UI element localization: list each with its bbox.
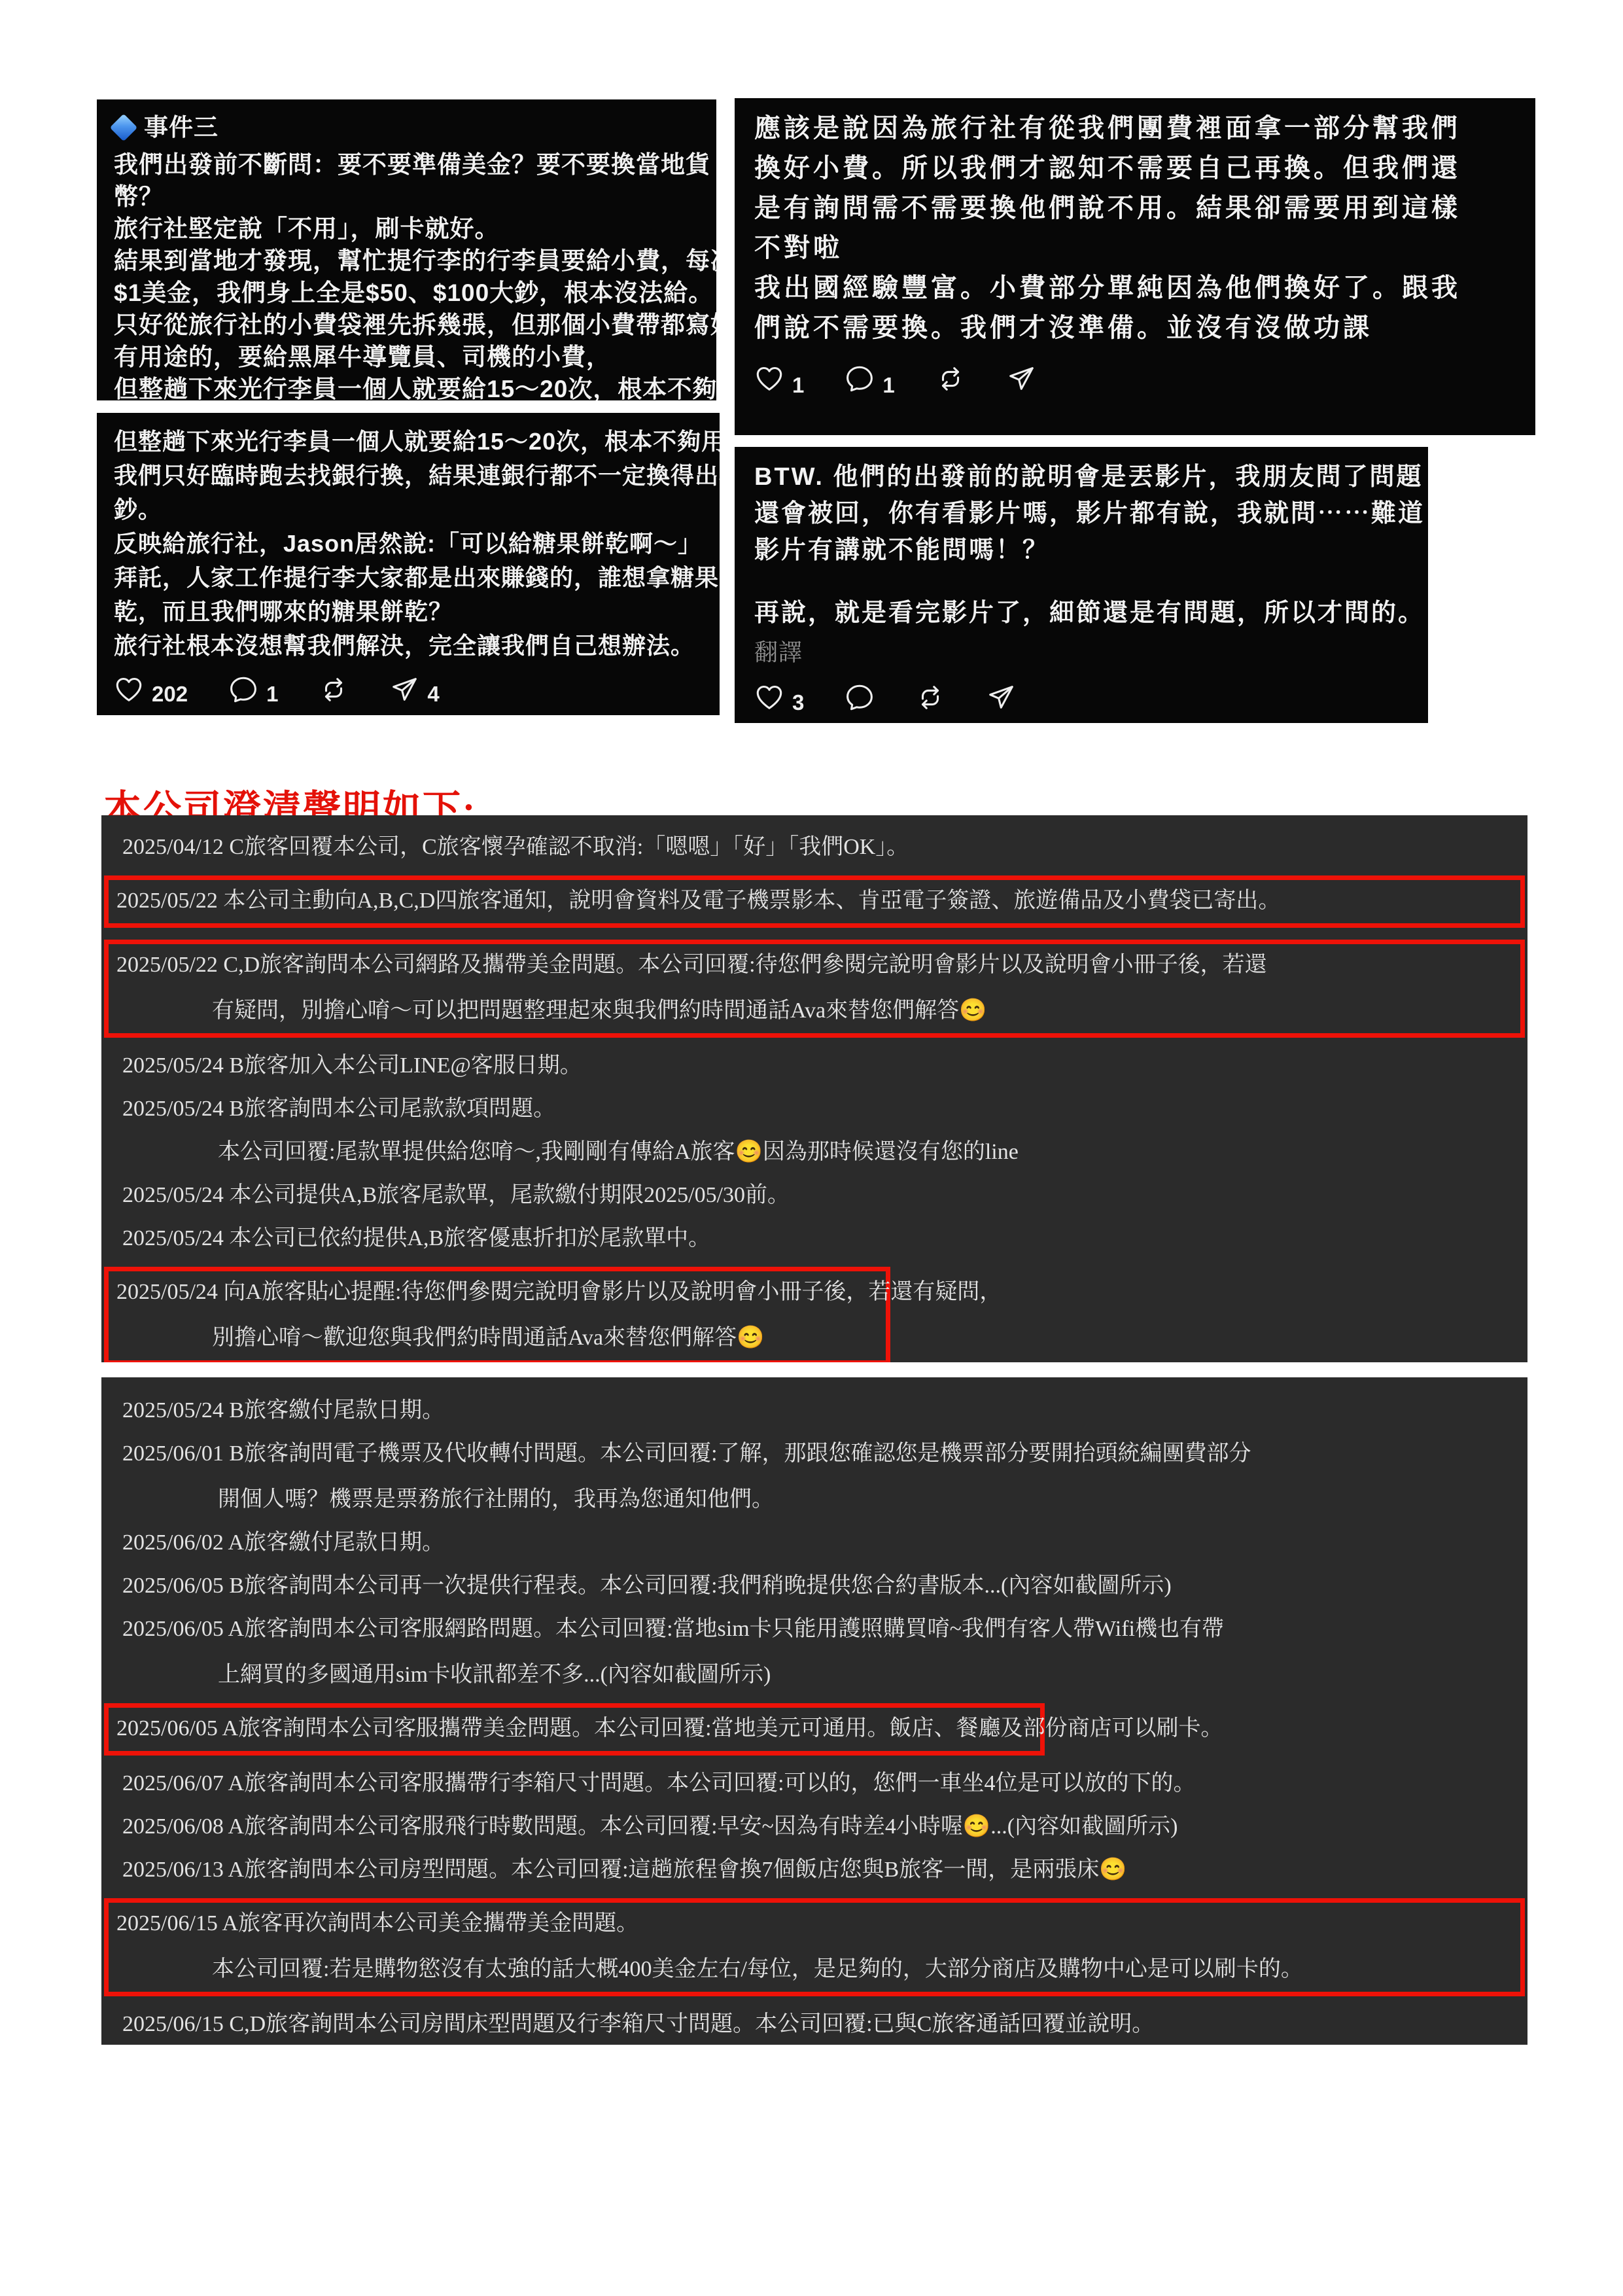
share-icon (1006, 364, 1036, 406)
post-text-line: 但整趟下來光行李員一個人就要給15～20次，根本不夠用。 (114, 425, 703, 459)
comment-count: 1 (882, 365, 894, 405)
timeline-row-highlighted: 2025/06/05 A旅客詢問本公司客服攜帶美金問題。本公司回覆:當地美元可通… (104, 1703, 1045, 1756)
timeline-row-line: 2025/04/12 C旅客回覆本公司，C旅客懷孕確認不取消:「嗯嗯」「好」「我… (112, 832, 1517, 862)
timeline-row-line: 2025/05/24 B旅客加入本公司LINE@客服日期。 (112, 1051, 1517, 1081)
post-text-line: 幣？ (114, 181, 699, 213)
timeline-row: 2025/06/13 A旅客詢問本公司房型問題。本公司回覆:這趟旅程會換7個飯店… (112, 1855, 1517, 1885)
timeline-row: 2025/05/24 B旅客詢問本公司尾款款項問題。 (112, 1094, 1517, 1124)
timeline-row-highlighted: 2025/05/22 C,D旅客詢問本公司網路及攜帶美金問題。本公司回覆:待您們… (104, 940, 1525, 1038)
timeline-row-line: 2025/06/05 A旅客詢問本公司客服攜帶美金問題。本公司回覆:當地美元可通… (109, 1714, 1040, 1744)
post-action-bar: 11 (754, 364, 1516, 406)
post-action-bar: 20214 (114, 675, 703, 714)
timeline-row-line: 2025/06/07 A旅客詢問本公司客服攜帶行李箱尺寸問題。本公司回覆:可以的… (112, 1769, 1517, 1799)
repost-icon (915, 682, 945, 723)
like-button[interactable]: 3 (754, 682, 804, 723)
post-text-line: 旅行社根本沒想幫我們解決，完全讓我們自己想辦法。 (114, 629, 703, 663)
timeline-row: 2025/06/05 A旅客詢問本公司客服網路問題。本公司回覆:當地sim卡只能… (112, 1614, 1517, 1690)
timeline-row-highlighted: 2025/05/22 本公司主動向A,B,C,D四旅客通知，說明會資料及電子機票… (104, 875, 1525, 928)
post-text-line: 反映給旅行社，Jason居然說:「可以給糖果餅乾啊～」 (114, 527, 703, 561)
share-button[interactable] (1006, 364, 1036, 406)
thread-post-continuation: 但整趟下來光行李員一個人就要給15～20次，根本不夠用。我們只好臨時跑去找銀行換… (97, 413, 720, 715)
timeline-block-1: 2025/04/12 C旅客回覆本公司，C旅客懷孕確認不取消:「嗯嗯」「好」「我… (101, 815, 1527, 1362)
repost-button[interactable] (319, 675, 349, 714)
post-text-line: 再說，就是看完影片了，細節還是有問題，所以才問的。 (754, 595, 1408, 631)
timeline-row: 2025/05/24 B旅客加入本公司LINE@客服日期。 (112, 1051, 1517, 1081)
timeline-row-line: 2025/06/08 A旅客詢問本公司客服飛行時數問題。本公司回覆:早安~因為有… (112, 1812, 1517, 1842)
comment-icon (845, 682, 875, 723)
timeline-row-line: 2025/05/24 本公司已依約提供A,B旅客優惠折扣於尾款單中。 (112, 1224, 1517, 1254)
post-text-line: 結果到當地才發現，幫忙提行李的行李員要給小費，每次 (114, 245, 699, 277)
heart-icon (754, 364, 784, 406)
post-text-line: 換好小費。所以我們才認知不需要自己再換。但我們還 (754, 149, 1516, 188)
post-text-line: 還會被回，你有看影片嗎，影片都有說，我就問⋯⋯難道 (754, 495, 1408, 532)
like-button[interactable]: 202 (114, 675, 188, 714)
post-text-line (754, 569, 1408, 595)
comment-count: 1 (266, 677, 278, 711)
timeline-row-line: 2025/05/24 B旅客詢問本公司尾款款項問題。 (112, 1094, 1517, 1124)
heart-icon (114, 675, 144, 714)
post-text-line: $1美金，我們身上全是$50、$100大鈔，根本沒法給。 (114, 277, 699, 309)
like-count: 1 (792, 365, 804, 405)
share-button[interactable] (986, 682, 1016, 723)
comment-button[interactable]: 1 (845, 364, 894, 406)
post-title-text: 事件三 (144, 111, 218, 143)
timeline-row-line: 2025/06/05 B旅客詢問本公司再一次提供行程表。本公司回覆:我們稍晚提供… (112, 1571, 1517, 1601)
timeline-row: 2025/06/05 B旅客詢問本公司再一次提供行程表。本公司回覆:我們稍晚提供… (112, 1571, 1517, 1601)
post-text-line: 我們只好臨時跑去找銀行換，結果連銀行都不一定換得出$1 (114, 459, 703, 493)
timeline-row-line: 上網買的多國通用sim卡收訊都差不多...(內容如截圖所示) (112, 1660, 1517, 1690)
timeline-row: 2025/04/12 C旅客回覆本公司，C旅客懷孕確認不取消:「嗯嗯」「好」「我… (112, 832, 1517, 862)
timeline-row-line: 2025/05/22 C,D旅客詢問本公司網路及攜帶美金問題。本公司回覆:待您們… (109, 950, 1520, 980)
thread-post-event3: 事件三我們出發前不斷問：要不要準備美金？要不要換當地貨幣？旅行社堅定說「不用」，… (97, 99, 716, 400)
heart-icon (754, 682, 784, 723)
timeline-row-highlighted: 2025/06/15 A旅客再次詢問本公司美金攜帶美金問題。本公司回覆:若是購物… (104, 1898, 1525, 1996)
share-button[interactable]: 4 (389, 675, 439, 714)
timeline-row-highlighted: 2025/05/24 向A旅客貼心提醒:待您們參閱完說明會影片以及說明會小冊子後… (104, 1267, 890, 1362)
timeline-row: 2025/05/24 B旅客繳付尾款日期。 (112, 1396, 1517, 1426)
timeline-row-line: 2025/05/24 向A旅客貼心提醒:待您們參閱完說明會影片以及說明會小冊子後… (109, 1277, 886, 1307)
timeline-row: 2025/05/24 本公司提供A,B旅客尾款單，尾款繳付期限2025/05/3… (112, 1180, 1517, 1210)
share-icon (986, 682, 1016, 723)
repost-icon (935, 364, 966, 406)
timeline-row: 2025/06/02 A旅客繳付尾款日期。 (112, 1528, 1517, 1558)
post-text-line: 我們出發前不斷問：要不要準備美金？要不要換當地貨 (114, 149, 699, 181)
post-text-line: 拜託，人家工作提行李大家都是出來賺錢的，誰想拿糖果餅 (114, 561, 703, 595)
timeline-row-line: 2025/06/15 C,D旅客詢問本公司房間床型問題及行李箱尺寸問題。本公司回… (112, 2009, 1517, 2040)
thread-post-reply: 應該是說因為旅行社有從我們團費裡面拿一部分幫我們換好小費。所以我們才認知不需要自… (735, 98, 1535, 435)
timeline-row-line: 本公司回覆:尾款單提供給您唷～,我剛剛有傳給A旅客😊因為那時候還沒有您的line (112, 1137, 1517, 1167)
post-text-line: 我出國經驗豐富。小費部分單純因為他們換好了。跟我 (754, 268, 1516, 308)
timeline-row-line: 2025/05/24 B旅客繳付尾款日期。 (112, 1396, 1517, 1426)
timeline-row-line: 2025/06/02 A旅客繳付尾款日期。 (112, 1528, 1517, 1558)
blue-diamond-icon (110, 113, 137, 141)
post-text-line: 乾，而且我們哪來的糖果餅乾？ (114, 595, 703, 629)
like-button[interactable]: 1 (754, 364, 804, 406)
repost-icon (319, 675, 349, 714)
timeline-row-line: 2025/06/05 A旅客詢問本公司客服網路問題。本公司回覆:當地sim卡只能… (112, 1614, 1517, 1644)
timeline-row: 2025/06/07 A旅客詢問本公司客服攜帶行李箱尺寸問題。本公司回覆:可以的… (112, 1769, 1517, 1799)
timeline-row: 2025/05/24 本公司已依約提供A,B旅客優惠折扣於尾款單中。 (112, 1224, 1517, 1254)
timeline-row-line: 2025/05/24 本公司提供A,B旅客尾款單，尾款繳付期限2025/05/3… (112, 1180, 1517, 1210)
translate-link[interactable]: 翻譯 (754, 634, 1408, 671)
post-text-line: 是有詢問需不需要換他們說不用。結果卻需要用到這樣 (754, 188, 1516, 228)
post-text-line: BTW. 他們的出發前的說明會是丟影片，我朋友問了問題 (754, 459, 1408, 495)
like-count: 202 (152, 677, 188, 711)
share-icon (389, 675, 419, 714)
timeline-row-line: 2025/06/15 A旅客再次詢問本公司美金攜帶美金問題。 (109, 1909, 1520, 1939)
timeline-row: 2025/06/08 A旅客詢問本公司客服飛行時數問題。本公司回覆:早安~因為有… (112, 1812, 1517, 1842)
timeline-block-2: 2025/05/24 B旅客繳付尾款日期。2025/06/01 B旅客詢問電子機… (101, 1377, 1527, 2045)
timeline-row: 2025/06/15 C,D旅客詢問本公司房間床型問題及行李箱尺寸問題。本公司回… (112, 2009, 1517, 2040)
share-count: 4 (427, 677, 439, 711)
timeline-row-line: 2025/06/13 A旅客詢問本公司房型問題。本公司回覆:這趟旅程會換7個飯店… (112, 1855, 1517, 1885)
timeline-row: 本公司回覆:尾款單提供給您唷～,我剛剛有傳給A旅客😊因為那時候還沒有您的line (112, 1137, 1517, 1167)
post-text-line: 只好從旅行社的小費袋裡先拆幾張，但那個小費帶都寫好 (114, 309, 699, 341)
post-text-line: 但整趟下來光行李員一個人就要給15～20次，根本不夠 (114, 373, 699, 400)
like-count: 3 (792, 684, 804, 721)
post-text-line: 影片有講就不能問嗎！？ (754, 532, 1408, 569)
repost-button[interactable] (935, 364, 966, 406)
timeline-row-line: 本公司回覆:若是購物慾沒有太強的話大概400美金左右/每位，是足夠的，大部分商店… (109, 1954, 1520, 1985)
timeline-row: 2025/06/01 B旅客詢問電子機票及代收轉付問題。本公司回覆:了解，那跟您… (112, 1439, 1517, 1515)
timeline-row-line: 有疑問，別擔心唷～可以把問題整理起來與我們約時間通話Ava來替您們解答😊 (109, 996, 1520, 1026)
post-title: 事件三 (114, 111, 699, 143)
comment-icon (228, 675, 258, 714)
comment-button[interactable]: 1 (228, 675, 278, 714)
post-text-line: 不對啦 (754, 228, 1516, 268)
comment-icon (845, 364, 875, 406)
post-text-line: 們說不需要換。我們才沒準備。並沒有沒做功課 (754, 308, 1516, 348)
post-text-line: 有用途的，要給黑犀牛導覽員、司機的小費， (114, 341, 699, 373)
thread-post-btw: BTW. 他們的出發前的說明會是丟影片，我朋友問了問題還會被回，你有看影片嗎，影… (735, 447, 1428, 723)
timeline-row-line: 別擔心唷～歡迎您與我們約時間通話Ava來替您們解答😊 (109, 1323, 886, 1353)
timeline-row-line: 2025/06/01 B旅客詢問電子機票及代收轉付問題。本公司回覆:了解，那跟您… (112, 1439, 1517, 1469)
post-action-bar: 3 (754, 682, 1408, 723)
timeline-row-line: 2025/05/22 本公司主動向A,B,C,D四旅客通知，說明會資料及電子機票… (109, 886, 1520, 916)
comment-button[interactable] (845, 682, 875, 723)
timeline-row-line: 開個人嗎？機票是票務旅行社開的，我再為您通知他們。 (112, 1485, 1517, 1515)
post-text-line: 鈔。 (114, 493, 703, 527)
repost-button[interactable] (915, 682, 945, 723)
post-text-line: 旅行社堅定說「不用」，刷卡就好。 (114, 213, 699, 245)
post-text-line: 應該是說因為旅行社有從我們團費裡面拿一部分幫我們 (754, 109, 1516, 149)
document-page: 事件三我們出發前不斷問：要不要準備美金？要不要換當地貨幣？旅行社堅定說「不用」，… (0, 0, 1623, 2296)
